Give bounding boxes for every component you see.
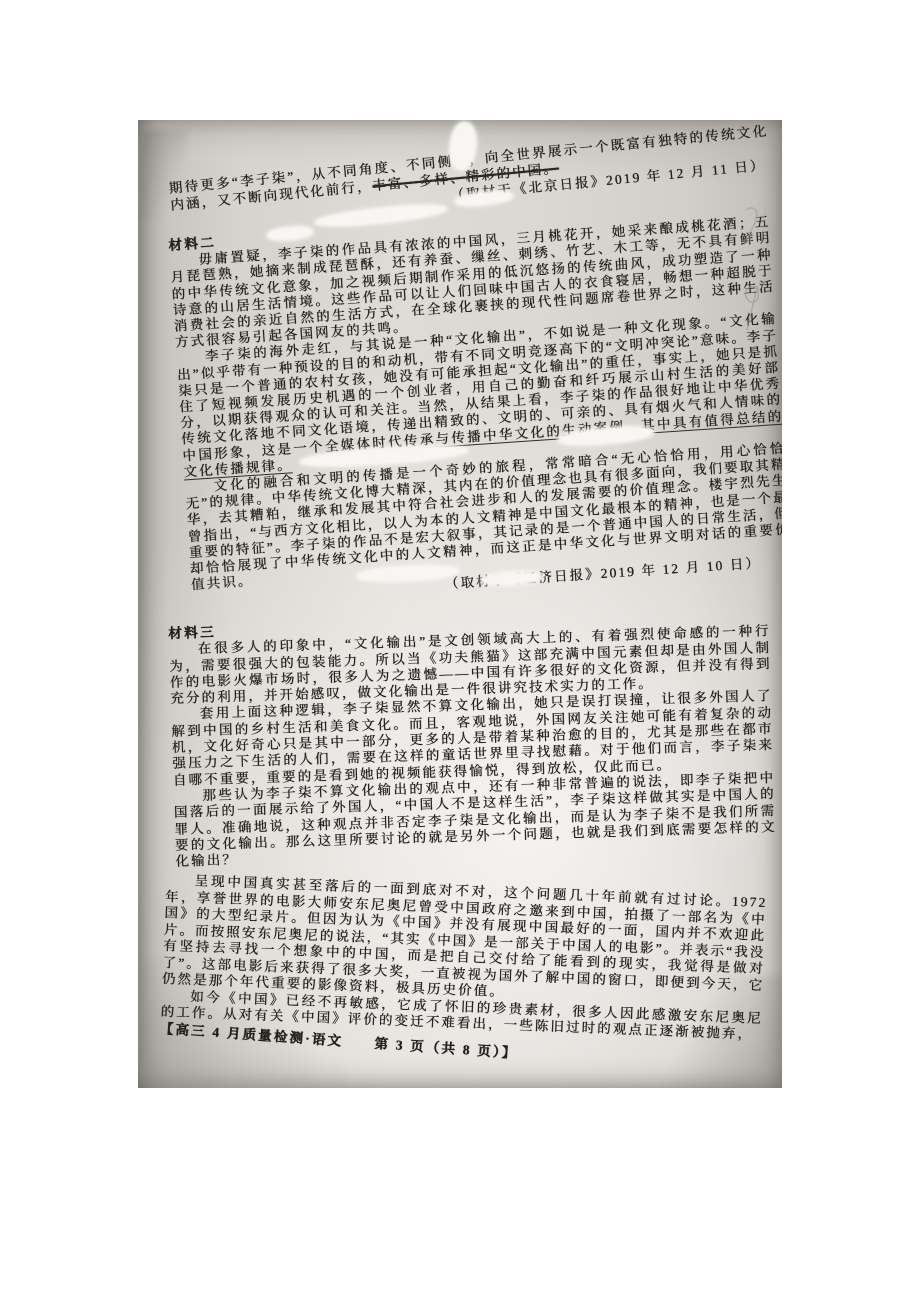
material-three-paragraph-4: 呈现中国真实甚至落后的一面到底对不对，这个问题几十年前就有过讨论。1972 年，… [162,872,768,1011]
material-three-section: 材料三 在很多人的印象中，“文化输出”是文创领域高大上的、有着强烈使命感的一种行… [168,607,777,870]
exam-paper-page: 期待更多“李子柒”，从不同角度、不同侧面，向全世界展示一个既富有独特的传统文化内… [138,120,782,1088]
photo-background: 期待更多“李子柒”，从不同角度、不同侧面，向全世界展示一个既富有独特的传统文化内… [0,0,920,1302]
pencil-mark [736,202,778,266]
material-three-paragraph-3: 那些认为李子柒不算文化输出的观点中，还有一种非常普遍的说法，即李子柒把中国落后的… [173,770,777,870]
material-two-section: 材料二 毋庸置疑，李子柒的作品具有浓浓的中国风，三月桃花开，她采来酿成桃花酒；五… [168,198,782,610]
pencil-mark [737,280,771,338]
material-three-lower-section: 呈现中国真实甚至落后的一面到底对不对，这个问题几十年前就有过讨论。1972 年，… [160,872,768,1060]
